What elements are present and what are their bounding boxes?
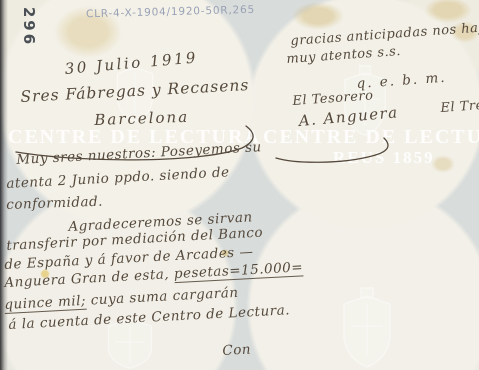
letter-body-line: conformidad. [6, 194, 103, 213]
signer-role-right: El Tres [440, 97, 479, 115]
signature-rubric-flourish [272, 134, 398, 170]
scanned-letter-page: CENTRE DE LECTURA | CENTRE DE LECTURA RE… [0, 0, 479, 370]
letter-body-line: atenta 2 Junio ppdo. siendo de [6, 164, 230, 192]
letter-continuation-word: Con [222, 342, 251, 359]
pencil-reference-annotation: CLR-4-X-1904/1920-50R,265 [86, 4, 255, 20]
amount-words: quince mil; [4, 293, 86, 314]
crest-watermark-icon [328, 286, 406, 370]
archive-number-stamp: 296 [20, 4, 38, 50]
